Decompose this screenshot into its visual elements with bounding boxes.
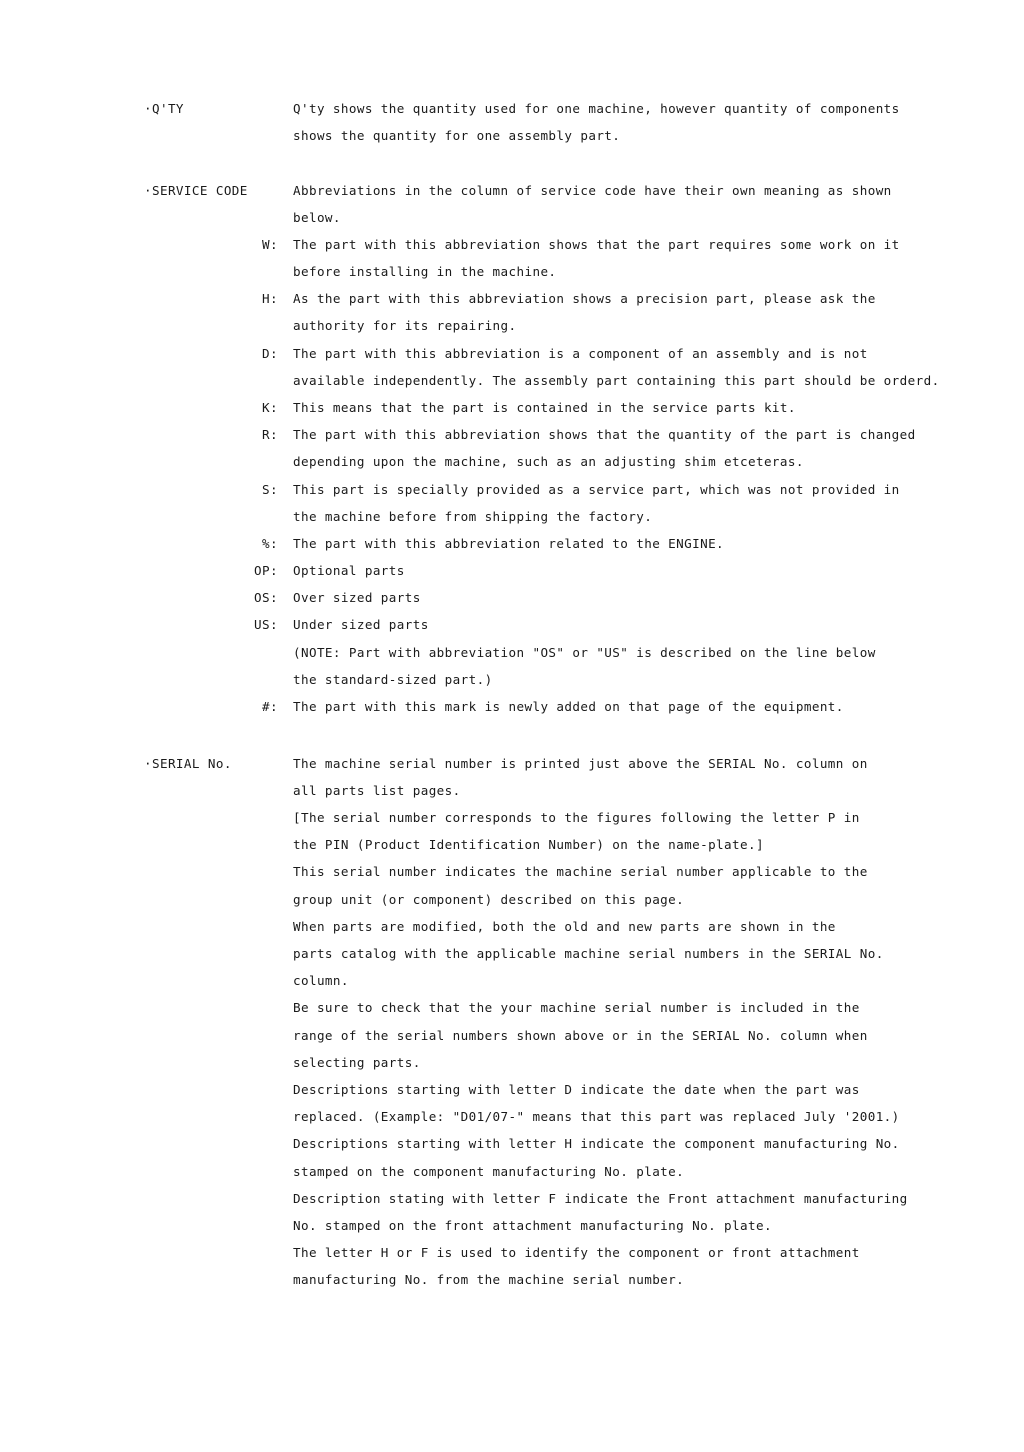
code-h-desc: authority for its repairing. xyxy=(293,312,517,339)
code-r-desc: The part with this abbreviation shows th… xyxy=(293,421,916,448)
serial-text-line: Descriptions starting with letter H indi… xyxy=(293,1130,900,1157)
serial-text-line: Description stating with letter F indica… xyxy=(293,1185,908,1212)
code-hash: #: xyxy=(236,693,278,720)
code-s: S: xyxy=(236,476,278,503)
serial-text-line: Descriptions starting with letter D indi… xyxy=(293,1076,860,1103)
code-us: US: xyxy=(236,611,278,638)
serial-text-line: Be sure to check that the your machine s… xyxy=(293,994,860,1021)
code-s-desc: the machine before from shipping the fac… xyxy=(293,503,652,530)
code-op-desc: Optional parts xyxy=(293,557,405,584)
serial-text-line: No. stamped on the front attachment manu… xyxy=(293,1212,772,1239)
serial-text-line: [The serial number corresponds to the fi… xyxy=(293,804,860,831)
code-k-desc: This means that the part is contained in… xyxy=(293,394,796,421)
document-page: ·Q'TY Q'ty shows the quantity used for o… xyxy=(0,0,1024,1452)
code-r-desc: depending upon the machine, such as an a… xyxy=(293,448,804,475)
section-label-service-code: ·SERVICE CODE xyxy=(144,177,248,204)
serial-text-line: all parts list pages. xyxy=(293,777,461,804)
code-d: D: xyxy=(236,340,278,367)
section-label-serial-no: ·SERIAL No. xyxy=(144,750,232,777)
serial-text-line: The machine serial number is printed jus… xyxy=(293,750,868,777)
serial-text-line: group unit (or component) described on t… xyxy=(293,886,684,913)
code-h: H: xyxy=(236,285,278,312)
code-d-desc: The part with this abbreviation is a com… xyxy=(293,340,868,367)
code-s-desc: This part is specially provided as a ser… xyxy=(293,476,900,503)
code-w-desc: The part with this abbreviation shows th… xyxy=(293,231,900,258)
code-os-desc: Over sized parts xyxy=(293,584,421,611)
code-percent: %: xyxy=(236,530,278,557)
serial-text-line: selecting parts. xyxy=(293,1049,421,1076)
code-w: W: xyxy=(236,231,278,258)
serial-text-line: range of the serial numbers shown above … xyxy=(293,1022,868,1049)
qty-text-line: shows the quantity for one assembly part… xyxy=(293,122,620,149)
service-code-intro-line: below. xyxy=(293,204,341,231)
code-r: R: xyxy=(236,421,278,448)
code-us-desc: Under sized parts xyxy=(293,611,429,638)
section-label-qty: ·Q'TY xyxy=(144,95,184,122)
serial-text-line: stamped on the component manufacturing N… xyxy=(293,1158,684,1185)
serial-text-line: When parts are modified, both the old an… xyxy=(293,913,836,940)
serial-text-line: The letter H or F is used to identify th… xyxy=(293,1239,860,1266)
code-h-desc: As the part with this abbreviation shows… xyxy=(293,285,876,312)
code-percent-desc: The part with this abbreviation related … xyxy=(293,530,724,557)
service-code-intro-line: Abbreviations in the column of service c… xyxy=(293,177,892,204)
serial-text-line: replaced. (Example: "D01/07-" means that… xyxy=(293,1103,900,1130)
serial-text-line: column. xyxy=(293,967,349,994)
code-us-note: the standard-sized part.) xyxy=(293,666,493,693)
code-op: OP: xyxy=(236,557,278,584)
code-hash-desc: The part with this mark is newly added o… xyxy=(293,693,844,720)
serial-text-line: the PIN (Product Identification Number) … xyxy=(293,831,764,858)
serial-text-line: This serial number indicates the machine… xyxy=(293,858,868,885)
code-us-note: (NOTE: Part with abbreviation "OS" or "U… xyxy=(293,639,876,666)
code-os: OS: xyxy=(236,584,278,611)
serial-text-line: parts catalog with the applicable machin… xyxy=(293,940,884,967)
code-d-desc: available independently. The assembly pa… xyxy=(293,367,940,394)
code-k: K: xyxy=(236,394,278,421)
serial-text-line: manufacturing No. from the machine seria… xyxy=(293,1266,684,1293)
code-w-desc: before installing in the machine. xyxy=(293,258,556,285)
qty-text-line: Q'ty shows the quantity used for one mac… xyxy=(293,95,900,122)
